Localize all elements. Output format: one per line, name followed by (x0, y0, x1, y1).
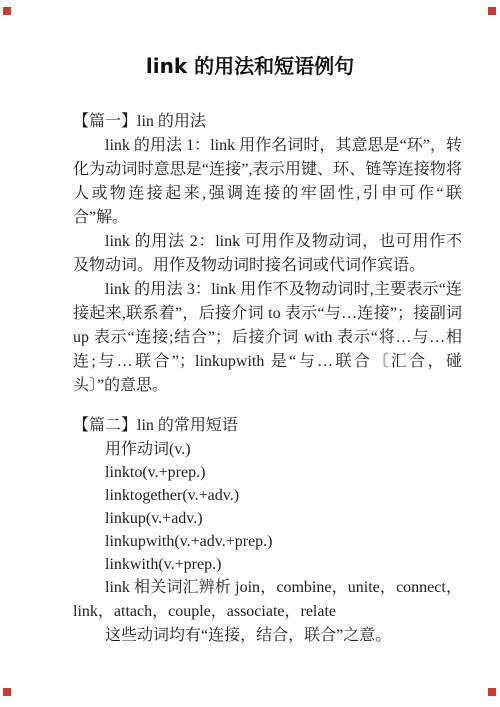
paragraph: link 的用法 3：link 用作不及物动词时,主要表示“连接起来,联系着”，… (73, 278, 462, 398)
spacer (73, 398, 462, 414)
phrase-line: linkup(v.+adv.) (73, 507, 462, 530)
corner-marker-bottom-right (488, 688, 496, 696)
corner-marker-top-right (488, 7, 496, 15)
phrase-line: linktogether(v.+adv.) (73, 484, 462, 507)
corner-marker-top-left (3, 7, 11, 15)
document-title: link 的用法和短语例句 (0, 52, 500, 80)
document-body: 【篇一】lin 的用法link 的用法 1：link 用作名词时，其意思是“环”… (73, 110, 462, 648)
section-heading: 【篇二】lin 的常用短语 (73, 414, 462, 438)
phrase-line: 用作动词(v.) (73, 438, 462, 461)
section-heading: 【篇一】lin 的用法 (73, 110, 462, 134)
paragraph: link 的用法 1：link 用作名词时，其意思是“环”，转化为动词时意思是“… (73, 134, 462, 230)
paragraph: 这些动词均有“连接，结合，联合”之意。 (73, 624, 462, 648)
document-page: link 的用法和短语例句 【篇一】lin 的用法link 的用法 1：link… (0, 0, 500, 707)
phrase-line: linkto(v.+prep.) (73, 461, 462, 484)
phrase-line: linkwith(v.+prep.) (73, 553, 462, 576)
paragraph: link 的用法 2：link 可用作及物动词，也可用作不及物动词。用作及物动词… (73, 230, 462, 278)
corner-marker-bottom-left (3, 688, 11, 696)
phrase-line: linkupwith(v.+adv.+prep.) (73, 530, 462, 553)
paragraph: link 相关词汇辨析 join，combine，unite，connect，l… (73, 576, 462, 624)
